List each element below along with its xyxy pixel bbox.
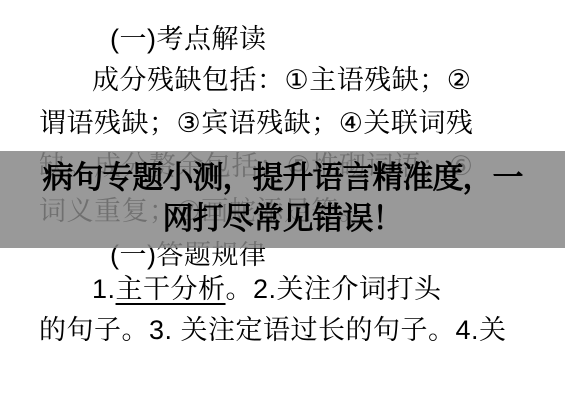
underlined-phrase-zhugan-fenxi: 主干分析 — [116, 274, 226, 304]
doc-line-rule-1: 1.主干分析。2.关注介词打头 — [92, 267, 442, 306]
headline-title-line-1: 病句专题小测，提升语言精准度，一 — [0, 157, 565, 198]
document-page: (一)考点解读 成分残缺包括：①主语残缺；② 谓语残缺；③宾语残缺；④关联词残 … — [0, 0, 565, 400]
rule-number: 1. — [92, 274, 116, 304]
headline-overlay-banner: 病句专题小测，提升语言精准度，一 网打尽常见错误！ — [0, 151, 565, 248]
doc-line-chengfen-canque-1: 成分残缺包括：①主语残缺；② — [92, 58, 471, 97]
section-heading-kaodian-jiedu: (一)考点解读 — [110, 17, 266, 56]
doc-line-chengfen-canque-2: 谓语残缺；③宾语残缺；④关联词残 — [39, 101, 473, 140]
rule-rest: 。2.关注介词打头 — [226, 274, 442, 304]
headline-title-line-2: 网打尽常见错误！ — [0, 198, 565, 239]
doc-line-rule-2: 的句子。3. 关注定语过长的句子。4.关 — [39, 308, 507, 347]
